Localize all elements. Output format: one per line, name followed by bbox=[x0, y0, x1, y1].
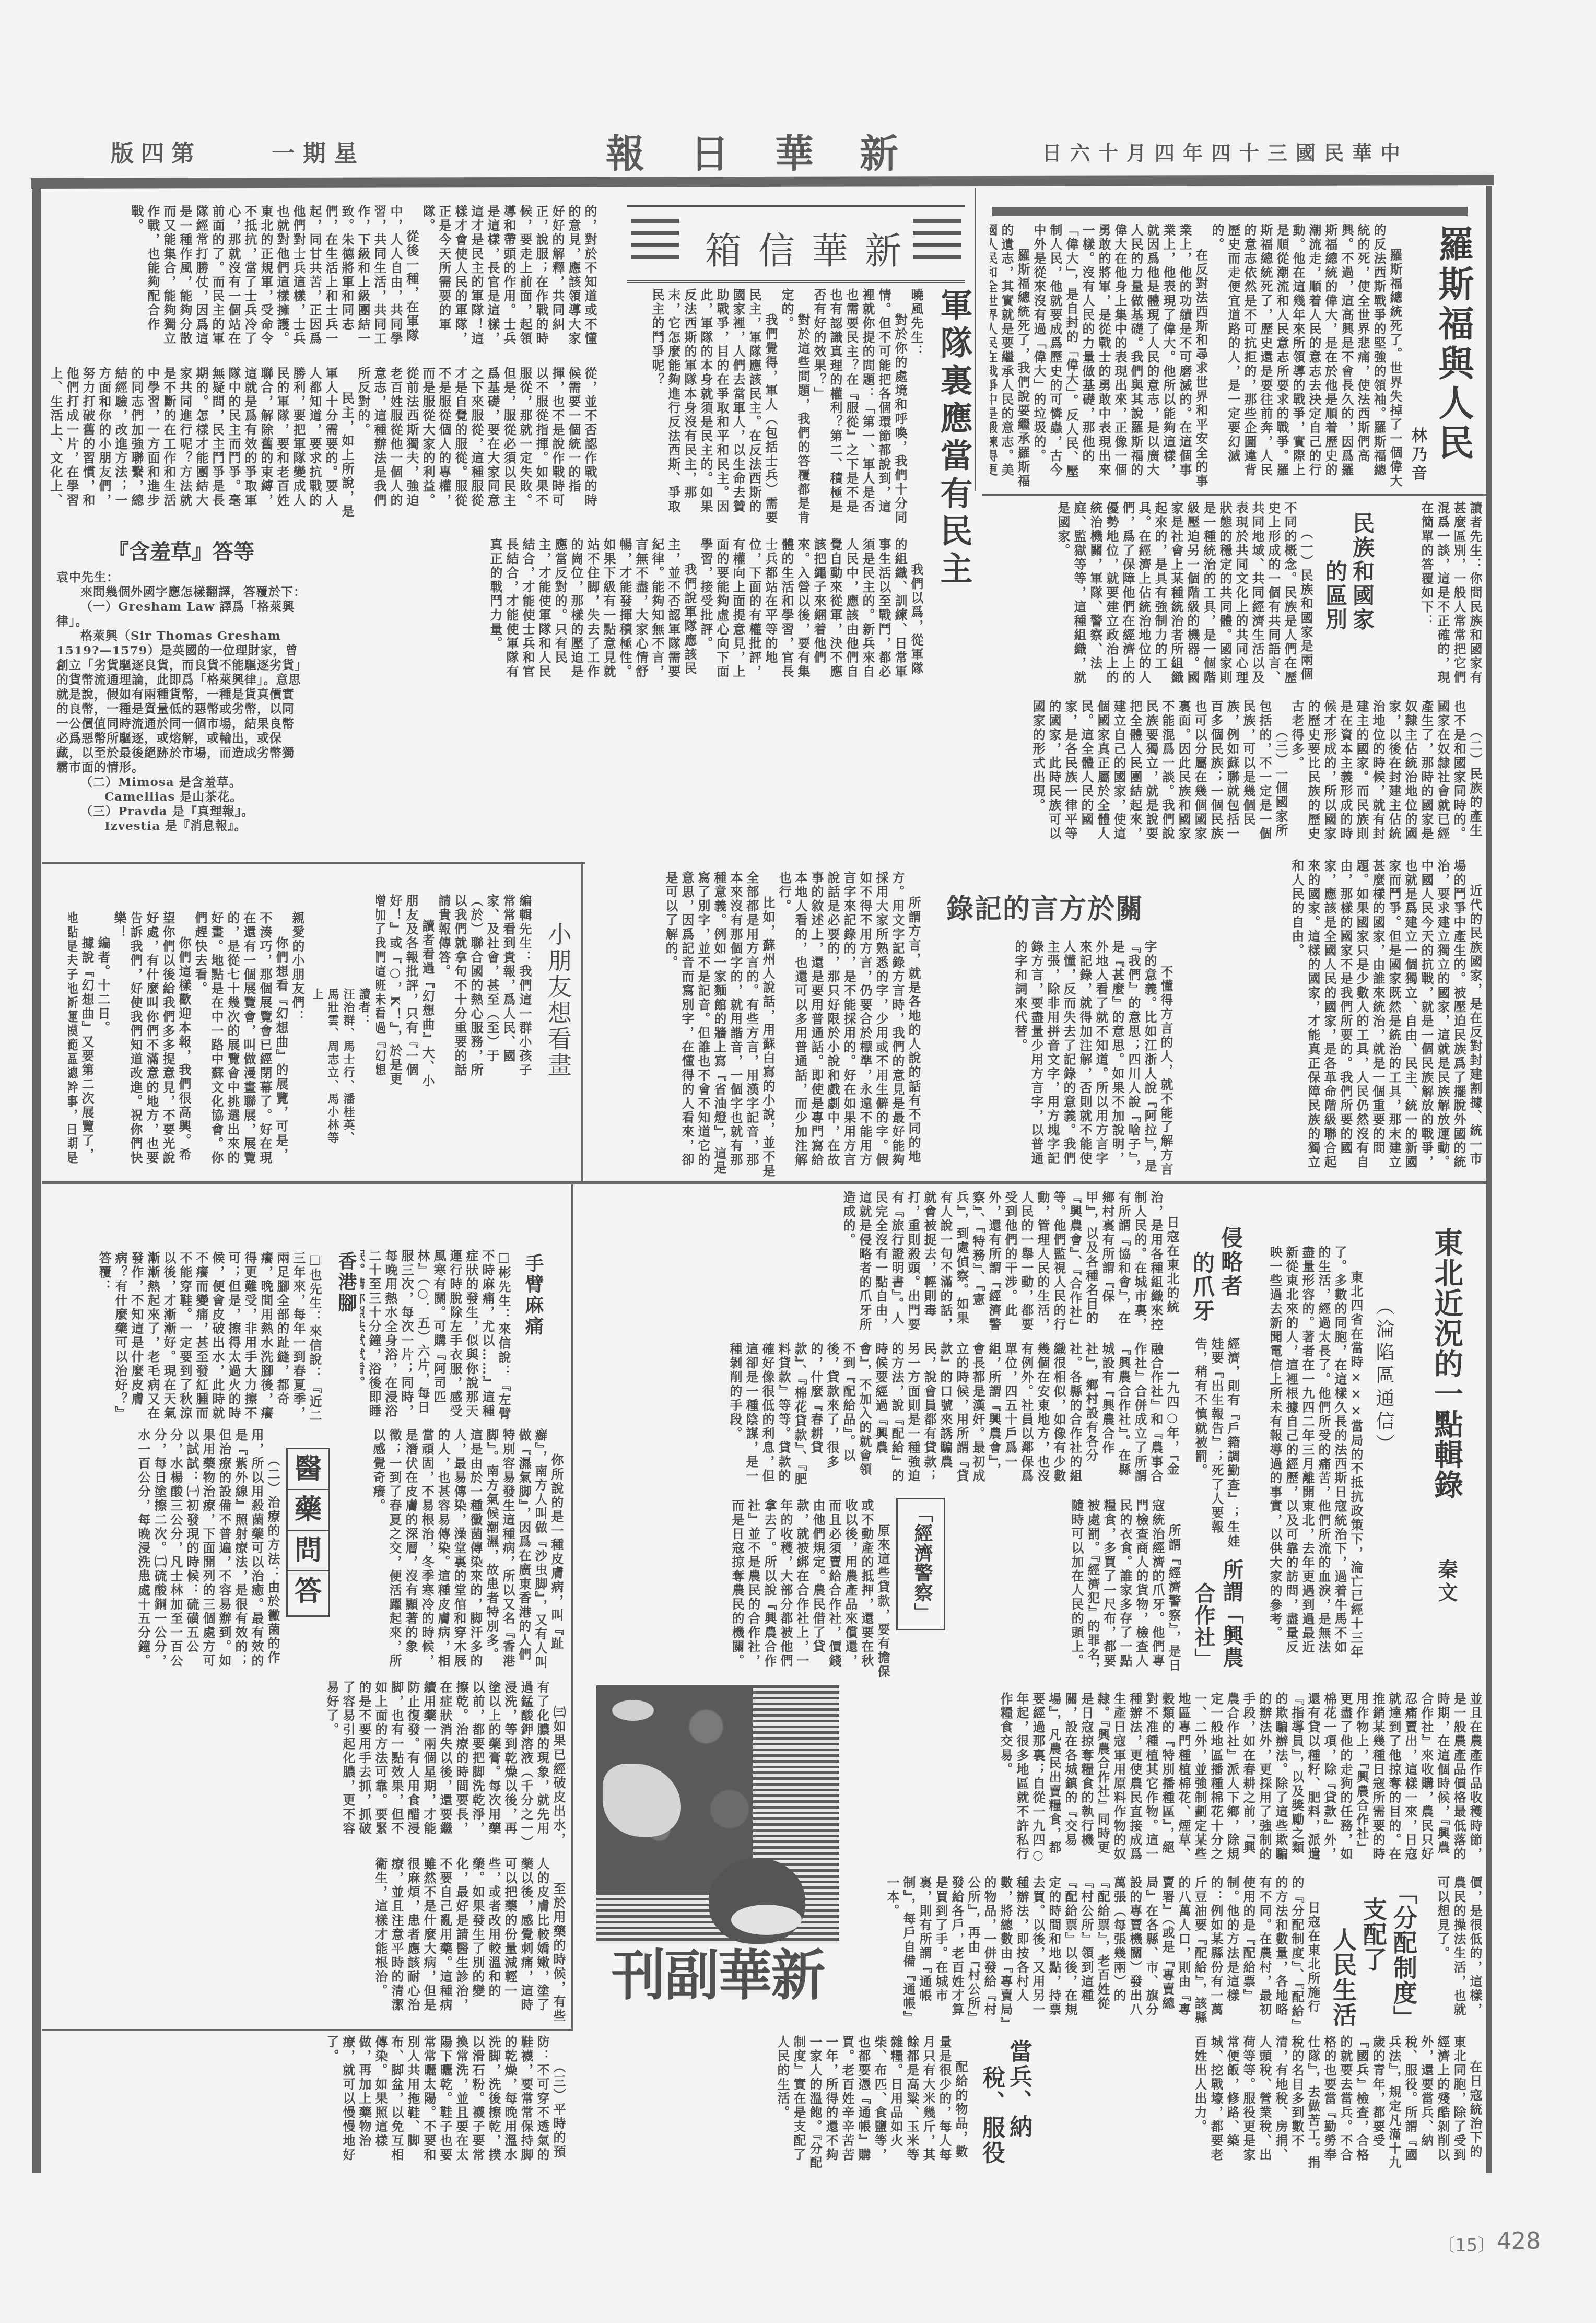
paragraph: 我們以爲，從軍隊的組織、訓練、日常軍事生活以至戰鬥，都必須是民主的。新兵來自人民… bbox=[698, 538, 924, 687]
paragraph: 羅斯福總統死了，我們說要繼承羅斯福的遺志，其實就是要繼承人民的意志。美國人民和全… bbox=[990, 224, 1031, 490]
paragraph: 從後一種，在軍隊中，人人自由，共同學習，共同生活，共同工作，下級和上級團結一致。… bbox=[128, 205, 420, 352]
title-char: 醫 bbox=[288, 1449, 328, 1490]
terms-headline: 『含羞草』答等 bbox=[56, 535, 306, 565]
economic-police-body: 所謂『經濟警察』，是日寇統治經濟的爪牙。他們專門檢查商人的貨物，檢查人民的衣食。… bbox=[949, 1499, 1182, 1679]
medical-more-row-1: ㈢如果已經破皮出水，有了化膿的現象，就先用過錳酸鉀溶液（千分之一）浸洗，等到乾燥… bbox=[50, 1681, 567, 1848]
paragraph: 並且在農產作品收穫時節，是一般農產品價格最低落的時期，在這個時候，『興農合作社』… bbox=[997, 1692, 1483, 1867]
nation-headline-line-1: 民族和國家 bbox=[1346, 512, 1378, 632]
paragraph: 來問幾個外國字應怎樣翻譯，答覆於下： bbox=[56, 585, 306, 600]
paragraph: （三）平時的預防：不可穿不透氣的鞋襪，要常常保持脚的乾燥，每晚用溫水洗脚，洗後擦… bbox=[324, 2035, 567, 2170]
term-item: Camellias 是山茶花。 bbox=[56, 790, 306, 804]
volume-reference: 〔15〕 bbox=[1437, 2231, 1495, 2257]
paragraph: 從，並不否認作戰的時候需要一個統一的指揮，也不是說作戰時可以不服從指揮。如果不服… bbox=[355, 367, 598, 519]
weekday-label: 星期一 bbox=[272, 135, 366, 168]
paragraph: 讀者看過『幻想曲』大、小朋友及各報批評，只有『一個好！』或『○，K！』，於是更增… bbox=[376, 894, 436, 1090]
kids-signature: 讀者： 汪治群、馬士行、潘桂英、馬壯雲、周志立、馬小林等上 四月十日 bbox=[313, 988, 372, 1155]
paragraph: （一）民族和國家是兩個不同的概念。民族是人們在歷史上形成的一個有共同語言、共同地… bbox=[1055, 501, 1314, 695]
title-char: 藥 bbox=[288, 1490, 328, 1531]
paragraph: 所謂方言，就是各地的人說的話有不同的地方。用文字記錄方言時，我們的意見是最好能夠… bbox=[776, 871, 922, 1179]
paragraph: 你所說的是一種皮膚病，叫『趾癬』，南方人叫做『沙虫脚』，又有人叫做『濕氣脚』，因… bbox=[370, 1428, 565, 1674]
kids-headline: 小朋友想看畫 bbox=[541, 922, 576, 1078]
coop-body: 一九四○年，『金融合作社』和『農事合作社』合併成立了所謂『興農合作社』。在縣城設… bbox=[580, 1342, 1180, 1489]
dialect-body-right: 不懂得方言的人，就不能了解方言字的意義。比如江浙人說『阿拉』，是『我們』的意思；… bbox=[924, 940, 1174, 1179]
supplement-title: 新華副刊 bbox=[596, 1946, 839, 2005]
paragraph: □也先生：來信說：『近二三年來，每年一到春夏季，兩足腳全部的趾縫，都奇癢，晚間用… bbox=[96, 1251, 323, 1424]
divider-above-kids bbox=[42, 862, 585, 864]
mailbox-column-header: 新華信箱 bbox=[627, 205, 965, 283]
paragraph: （三）一個國家所包括的，不一定是一個民族，可以是幾個民族，例如蘇聯就包括一百多個… bbox=[1030, 700, 1289, 851]
paragraph: 你們想看『幻想曲』的展覽，可是，不湊巧，那個展覽會已經閉幕了。好在現在還有一個展… bbox=[192, 911, 289, 1167]
supplement-banner: 新華副刊 bbox=[596, 1685, 839, 2007]
kids-letter: 編輯先生：我們這一群小孩子常常看到貴報，爲人民、國家、及社會，甚至（至）于（於）… bbox=[376, 894, 533, 1090]
title-char: 問 bbox=[288, 1531, 328, 1571]
athletes-foot-letter: □也先生：來信說：『近二三年來，每年一到春夏季，兩足腳全部的趾縫，都奇癢，晚間用… bbox=[62, 1251, 323, 1424]
kids-reply: 親愛的小朋友們： 你們想看『幻想曲』的展覽，可是，不湊巧，那個展覽會已經閉幕了。… bbox=[68, 911, 306, 1167]
term-item: （一）Gresham Law 譯爲「格萊興律」。 bbox=[56, 600, 306, 629]
paragraph: 我們覺得，軍人（包括士兵）需要民主，軍隊應該民主。在反法西斯的國家裡，人們去當軍… bbox=[649, 288, 779, 526]
army-headline: 軍隊裏應當有民主 bbox=[931, 288, 977, 589]
paragraph: 羅斯福總統死了。世界失掉了一個偉大的反法西斯戰爭的堅強的領袖。羅斯福總統的死，使… bbox=[1209, 224, 1403, 490]
paragraph: 你們這樣歡迎本報，我們很高興。希望你們以後給我們多多提意見，不要光說好處，有什麼… bbox=[111, 911, 192, 1167]
paragraph: 在日寇統治下的東北同胞，除了受到經濟上的殘酷剝削以外，還要當兵、納稅、服役。所謂… bbox=[1192, 2035, 1483, 2170]
paragraph: ㈢如果已經破皮出水，有了化膿的現象，就先用過錳酸鉀溶液（千分之一）浸洗，等到乾燥… bbox=[324, 1681, 567, 1848]
nation-body-band: （二）民族的產生也不是和國家同時的。國家在奴隸社會就已經產生了，那時的國家是奴隸… bbox=[308, 700, 1483, 851]
frame-right-border bbox=[1486, 186, 1492, 2173]
term-item: （三）Pravda 是『真理報』。 bbox=[56, 804, 306, 819]
medical-qa-section-title: 醫 藥 問 答 bbox=[286, 1448, 330, 1617]
paragraph: 讀者先生：你問民族和國家有甚麼區別，一般人常常把它們混爲一談，這是不正確的，現在… bbox=[1418, 501, 1483, 695]
northeast-subtitle: （淪陷區通信） bbox=[1370, 1296, 1397, 1457]
divider-above-bottom-band bbox=[42, 2029, 573, 2031]
editor-sign: 編者。十二日。 bbox=[95, 911, 111, 1167]
mailbox-title: 新華信箱 bbox=[705, 222, 918, 275]
arm-pain-body: □彬先生：來信說：『左臂不時麻痛，尤以……』這種症狀的發生，似與你說那天運行時脫… bbox=[360, 1249, 512, 1424]
roosevelt-byline: 林乃音 bbox=[1406, 427, 1429, 484]
frame-left-border bbox=[32, 180, 41, 2173]
coop-headline-line-1: 所謂「興農 bbox=[1217, 1559, 1247, 1669]
dialect-body-left: 所謂方言，就是各地的人說的話有不同的地方。用文字記錄方言時，我們的意見是最好能夠… bbox=[588, 871, 922, 1179]
title-char: 答 bbox=[288, 1571, 328, 1611]
invader-body: 日寇在東北的統治，是用各種組織來控制人民的。在城市裏，有所謂『協和會』，在鄉村裏… bbox=[580, 1191, 1180, 1333]
medical-section-right-border bbox=[571, 1184, 573, 2031]
illustration-highlight bbox=[612, 1700, 654, 1721]
nation-headline-line-2: 的區別 bbox=[1319, 560, 1351, 632]
paragraph: □彬先生：來信說：『左臂不時麻痛，尤以……』這種症狀的發生，似與你說那天運行時脫… bbox=[360, 1249, 512, 1424]
conscription-body-middle: 配給的物品，數量是很少的，每人每月只有大米幾斤，其餘都是高粱、玉米等雜糧。日用品… bbox=[580, 2035, 969, 2170]
medical-more-row-2: 至於用藥的時候，有些人的皮膚比較嬌嫩，塗了藥以後，感覺刺痛，這時可以把藥的份量減… bbox=[50, 1857, 567, 2025]
paragraph: 價，是很低的，這樣，農民的操法生活，也就可以想見了。 bbox=[1435, 1876, 1483, 2027]
paragraph: 近代的民族國家，是在反對封建割據、統一市場的鬥爭中產生的。被壓迫民族爲了擺脫外國… bbox=[1289, 859, 1483, 1179]
paragraph: 民主，如上所說，是軍人十分需要的。要人人都知道，要求抗戰的勝利，要把軍隊變成人民… bbox=[50, 367, 355, 519]
northeast-intro: 東北四省在當時×××當局的不抵抗政策下，淪亡已經十三年了。多數的同胞，在這樣久長… bbox=[1243, 1246, 1364, 1666]
paragraph: 據說『幻想曲』又要第二次展覽了，地點是夫子池新運模範區總幹事，日期是十九日到二十… bbox=[68, 911, 95, 1167]
invader-headline-line-2: 的爪牙 bbox=[1187, 1251, 1218, 1323]
paragraph: 我們說軍隊應該民主，並不否認軍隊需要紀律。能夠知無不言，言無不盡，大家心情舒暢，… bbox=[487, 538, 698, 687]
invader-body-strip: 經濟，則有『戶籍調勤查』；生娃娃要『出生報告』；死了人要報告，稍有不慎就被罰。 bbox=[1179, 1337, 1241, 1551]
distribution-body: 日寇在東北所施行的『分配制度』、『配給』的方法和數量，各地略有不同。在農村，最初… bbox=[846, 1876, 1321, 2027]
signature-label: 讀者： bbox=[356, 988, 372, 1155]
nation-intro: 讀者先生：你問民族和國家有甚麼區別，一般人常常把它們混爲一談，這是不正確的，現在… bbox=[1375, 501, 1483, 695]
roosevelt-headline: 羅斯福與人民 bbox=[1428, 226, 1479, 464]
paragraph: 對於這些問題，我們的答覆都是肯定的。 bbox=[779, 288, 811, 526]
army-body-continued: 我們以爲，從軍隊的組織、訓練、日常軍事生活以至戰鬥，都必須是民主的。新兵來自人民… bbox=[308, 538, 924, 687]
signers: 汪治群、馬士行、潘桂英、馬壯雲、周志立、馬小林等上 bbox=[313, 988, 356, 1155]
nation-body-top: （一）民族和國家是兩個不同的概念。民族是人們在歷史上形成的一個有共同語言、共同地… bbox=[982, 501, 1314, 695]
athletes-foot-headline: 香港腳 bbox=[333, 1251, 360, 1314]
roosevelt-top-bar bbox=[992, 207, 1468, 216]
paragraph: 對於你的處境和呼喚，我們十分同情。但不可能把各個環節都說到，這裡就你提的問題：「… bbox=[811, 288, 908, 526]
terms-answer-box: 『含羞草』答等 袁中先生： 來問幾個外國字應怎樣翻譯，答覆於下： （一）Gres… bbox=[56, 535, 306, 857]
section-rule-middle bbox=[42, 1181, 1486, 1184]
paragraph: 所謂『經濟警察』，是日寇統治經濟的爪牙。他們專門檢查商人的貨物，檢查人民的衣食。… bbox=[1069, 1499, 1182, 1679]
dialect-headline: 關於方言的記錄 bbox=[946, 887, 1144, 926]
salutation: 曉風先生： bbox=[908, 288, 924, 526]
salutation: 親愛的小朋友們： bbox=[289, 911, 306, 1167]
paragraph: 編輯先生：我們這一群小孩子常常看到貴報，爲人民、國家、及社會，甚至（至）于（於）… bbox=[436, 894, 533, 1090]
paragraph: 的，對於不知道或不懂的意見，應該領導大家好好的解釋，共同糾正，說服；在作戰的時候… bbox=[420, 205, 598, 352]
distribution-body-top: 並且在農產作品收穫時節，是一般農產品價格最低落的時期，在這個時候，『興農合作社』… bbox=[846, 1692, 1483, 1867]
paragraph: 比如，蘇州人說話，用蘇白寫的小說，並不是全部都是用方言的。有些方言，用漢字記音，… bbox=[663, 871, 776, 1179]
army-body-main: 曉風先生： 對於你的處境和呼喚，我們十分同情。但不可能把各個環節都說到，這裡就你… bbox=[629, 288, 924, 526]
paragraph: 日寇在東北的統治，是用各種組織來控制人民的。在城市裏，有所謂『協和會』，在鄉村裏… bbox=[840, 1191, 1180, 1333]
paragraph: 日寇在東北所施行的『分配制度』、『配給』的方法和數量，各地略有不同。在農村，最初… bbox=[884, 1876, 1321, 2027]
term-item: Izvestia 是『消息報』。 bbox=[56, 819, 306, 834]
paragraph: 配給的物品，數量是很少的，每人每月只有大米幾斤，其餘都是高粱、玉米等雜糧。日用品… bbox=[774, 2035, 969, 2170]
army-continuation-row-1: 的，對於不知道或不懂的意見，應該領導大家好好的解釋，共同糾正，說服；在作戰的時候… bbox=[50, 205, 598, 352]
roosevelt-body: 羅斯福總統死了。世界失掉了一個偉大的反法西斯戰爭的堅強的領袖。羅斯福總統的死，使… bbox=[990, 224, 1403, 490]
economic-police-headline-box: 「經濟警察」 bbox=[896, 1498, 945, 1630]
invader-headline-line-1: 侵略者 bbox=[1215, 1226, 1246, 1298]
northeast-headline: 東北近況的一點輯錄 bbox=[1426, 1227, 1468, 1500]
coop-body-left: 原來這些貸款，要有擔保或不動產的抵押，還要在秋收以後，用農產品來償還，而且必須賣… bbox=[580, 1499, 891, 1679]
arm-pain-headline: 手臂麻痛 bbox=[520, 1253, 547, 1337]
conscription-body: 在日寇統治下的東北同胞，除了受到經濟上的殘酷剝削以外，還要當兵、納稅、服役。所謂… bbox=[1031, 2035, 1483, 2170]
paragraph: 經濟，則有『戶籍調勤查』；生娃娃要『出生報告』；死了人要報告，稍有不慎就被罰。 bbox=[1192, 1337, 1241, 1551]
kids-box-right-border bbox=[581, 862, 583, 1181]
athletes-foot-answer-right: 你所說的是一種皮膚病，叫『趾癬』，南方人叫做『沙虫脚』，又有人叫做『濕氣脚』，因… bbox=[348, 1428, 565, 1674]
salutation: 袁中先生： bbox=[56, 570, 306, 585]
hat-brim-highlight bbox=[731, 1905, 802, 1935]
paragraph: （二）民族的產生也不是和國家同時的。國家在奴隸社會就已經產生了，那時的國家是奴隸… bbox=[1289, 700, 1483, 851]
economic-police-headline: 「經濟警察」 bbox=[909, 1504, 936, 1623]
paragraph: 格萊興（Sir Thomas Gresham 1519?—1579）是英國的一位… bbox=[56, 629, 306, 775]
paragraph: 東北四省在當時×××當局的不抵抗政策下，淪亡已經十三年了。多數的同胞，在這樣久長… bbox=[1267, 1246, 1364, 1666]
decorative-bars-right bbox=[913, 219, 961, 267]
paragraph: 至於用藥的時候，有些人的皮膚比較嬌嫩，塗了藥以後，感覺刺痛，這時可以把藥的份量減… bbox=[372, 1857, 567, 2025]
page-number: 428 bbox=[1497, 2228, 1541, 2255]
athletes-foot-answer-left: （二）治療的方法：由於黴菌的作用，所以用殺菌藥可以治癒。最有效的是『紫外線』照射… bbox=[62, 1428, 281, 1674]
masthead-title: 新華日報 bbox=[606, 123, 944, 179]
paragraph: 一九四○年，『金融合作社』和『農事合作社』合併成立了所謂『興農合作社』。在縣城設… bbox=[727, 1342, 1180, 1489]
issue-date: 中華民國三十四年四月十六日 bbox=[1042, 137, 1409, 166]
paragraph: 在反對法西斯和尋求世界和平安全的事業上，他的功績是不可磨滅的。在這個事業上，他表… bbox=[1031, 224, 1209, 490]
nation-body-strip: 近代的民族國家，是在反對封建割據、統一市場的鬥爭中產生的。被壓迫民族爲了擺脫外國… bbox=[1179, 859, 1483, 1179]
masthead-rule bbox=[31, 175, 1494, 189]
paragraph: （二）治療的方法：由於黴菌的作用，所以用殺菌藥可以治癒。最有效的是『紫外線』照射… bbox=[135, 1428, 281, 1674]
distribution-headline-line-2: 支配了 bbox=[1356, 1897, 1391, 1972]
term-item: （二）Mimosa 是含羞草。 bbox=[56, 775, 306, 790]
distribution-headline-line-3: 人民生活 bbox=[1326, 1927, 1360, 2027]
paragraph: 原來這些貸款，要有擔保或不動產的抵押，還要在秋收以後，用農產品來償還，而且必須賣… bbox=[729, 1499, 891, 1679]
divider-roosevelt-nation bbox=[982, 494, 1486, 496]
army-continuation-row-2: 從，並不否認作戰的時候需要一個統一的指揮，也不是說作戰時可以不服從指揮。如果不服… bbox=[50, 367, 598, 519]
edition-label: 第四版 bbox=[111, 135, 202, 168]
medical-bottom-band: （三）平時的預防：不可穿不透氣的鞋襪，要常常保持脚的乾燥，每晚用溫水洗脚，洗後擦… bbox=[50, 2035, 567, 2170]
paragraph: 不懂得方言的人，就不能了解方言字的意義。比如江浙人說『阿拉』，是『我們』的意思；… bbox=[1012, 940, 1174, 1179]
conscription-headline-line-2: 稅、服役 bbox=[975, 2066, 1008, 2166]
coop-headline-line-2: 合作社」 bbox=[1189, 1582, 1218, 1670]
northeast-author: 秦文 bbox=[1432, 1559, 1461, 1605]
distribution-body-right: 價，是很低的，這樣，農民的操法生活，也就可以想見了。 bbox=[1416, 1876, 1483, 2027]
decorative-bars-left bbox=[631, 219, 679, 267]
